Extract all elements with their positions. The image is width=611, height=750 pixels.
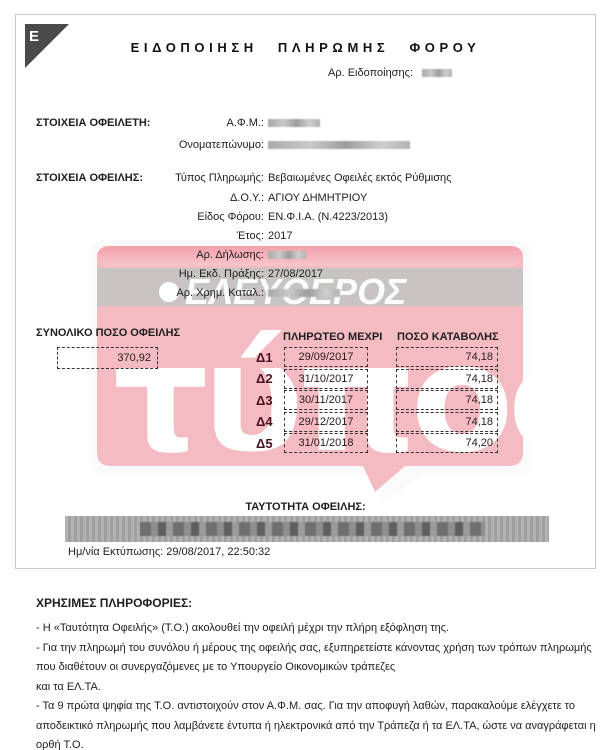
installment-amount: 74,20 — [396, 433, 498, 453]
field-label: Ημ. Εκδ. Πράξης: — [100, 268, 268, 280]
installment-code: Δ2 — [256, 371, 282, 386]
field-year: Έτος: 2017 — [100, 230, 520, 242]
notice-title: ΕΙΔΟΠΟΙΗΣΗ ΠΛΗΡΩΜΗΣ ΦΟΡΟΥ — [0, 40, 611, 55]
field-afm: Α.Φ.Μ.: — [100, 117, 520, 129]
installment-row: Δ429/12/201774,18 — [256, 412, 282, 432]
field-label: Δ.Ο.Υ.: — [100, 192, 268, 204]
installment-code: Δ1 — [256, 350, 282, 365]
installment-amount: 74,18 — [396, 347, 498, 367]
info-line: - Για την πληρωμή του συνόλου ή μέρους τ… — [36, 639, 596, 659]
installment-due-date: 29/09/2017 — [284, 347, 368, 367]
info-line: - Η «Ταυτότητα Οφειλής» (Τ.Ο.) ακολουθεί… — [36, 619, 596, 639]
installment-amount: 74,18 — [396, 369, 498, 389]
due-date-header: ΠΛΗΡΩΤΕΟ ΜΕΧΡΙ — [283, 331, 382, 343]
ledger-redacted — [268, 289, 340, 297]
info-line: και τα ΕΛ.ΤΑ. — [36, 678, 596, 698]
afm-redacted — [268, 119, 320, 127]
info-line: - Τα 9 πρώτα ψηφία της Τ.Ο. αντιστοιχούν… — [36, 697, 596, 717]
useful-info-title: ΧΡΗΣΙΜΕΣ ΠΛΗΡΟΦΟΡΙΕΣ: — [36, 596, 192, 610]
info-line: αποδεικτικό πληρωμής που λαμβάνετε έντυπ… — [36, 717, 596, 737]
installment-code: Δ5 — [256, 436, 282, 451]
field-label: Έτος: — [100, 230, 268, 242]
field-tax-office: Δ.Ο.Υ.: ΑΓΙΟΥ ΔΗΜΗΤΡΙΟΥ — [100, 192, 520, 204]
field-label: Αρ. Δήλωσης: — [100, 249, 268, 261]
field-declaration-no: Αρ. Δήλωσης: — [100, 249, 520, 261]
field-issue-date: Ημ. Εκδ. Πράξης: 27/08/2017 — [100, 268, 520, 280]
useful-info-text: - Η «Ταυτότητα Οφειλής» (Τ.Ο.) ακολουθεί… — [36, 619, 596, 750]
debt-identity-redacted — [65, 516, 549, 542]
field-fullname: Ονοματεπώνυμο: — [100, 139, 520, 151]
info-line: ορθή Τ.Ο. — [36, 736, 596, 750]
notice-number: Αρ. Ειδοποίησης: — [328, 67, 452, 79]
field-label: Ονοματεπώνυμο: — [100, 139, 268, 151]
field-label: Α.Φ.Μ.: — [100, 117, 268, 129]
field-ledger-no: Αρ. Χρημ. Καταλ.: — [100, 287, 520, 299]
installment-amount: 74,18 — [396, 390, 498, 410]
field-payment-type: Τύπος Πληρωμής: Βεβαιωμένες Οφειλές εκτό… — [100, 172, 520, 184]
notice-number-label: Αρ. Ειδοποίησης: — [328, 67, 413, 79]
debt-identity-label: ΤΑΥΤΟΤΗΤΑ ΟΦΕΙΛΗΣ: — [0, 501, 611, 513]
field-label: Αρ. Χρημ. Καταλ.: — [100, 287, 268, 299]
amount-header: ΠΟΣΟ ΚΑΤΑΒΟΛΗΣ — [397, 331, 499, 343]
field-tax-type: Είδος Φόρου: ΕΝ.Φ.Ι.Α. (Ν.4223/2013) — [100, 211, 520, 223]
field-label: Τύπος Πληρωμής: — [100, 172, 268, 184]
page: Ε ΕΛΕΥΘΕΡΟΣ τύπος ΕΙΔΟΠΟΙΗΣΗ ΠΛΗΡΩΜ — [0, 0, 611, 750]
field-label: Είδος Φόρου: — [100, 211, 268, 223]
installment-row: Δ231/10/201774,18 — [256, 369, 282, 389]
installment-due-date: 31/10/2017 — [284, 369, 368, 389]
installment-due-date: 29/12/2017 — [284, 412, 368, 432]
total-amount-value: 370,92 — [57, 347, 158, 369]
notice-number-redacted — [422, 69, 452, 77]
field-value: Βεβαιωμένες Οφειλές εκτός Ρύθμισης — [268, 172, 520, 184]
declaration-redacted — [268, 251, 306, 259]
installment-row: Δ531/01/201874,20 — [256, 433, 282, 453]
field-value: ΑΓΙΟΥ ΔΗΜΗΤΡΙΟΥ — [268, 192, 520, 204]
fullname-redacted — [268, 141, 410, 149]
installment-amount: 74,18 — [396, 412, 498, 432]
installment-code: Δ3 — [256, 393, 282, 408]
total-amount-label: ΣΥΝΟΛΙΚΟ ΠΟΣΟ ΟΦΕΙΛΗΣ — [36, 327, 180, 339]
installment-due-date: 31/01/2018 — [284, 433, 368, 453]
info-line: που διαθέτουν οι συνεργαζόμενες με το Υπ… — [36, 658, 596, 678]
field-value: 27/08/2017 — [268, 268, 520, 280]
installment-code: Δ4 — [256, 414, 282, 429]
notice-content: ΕΙΔΟΠΟΙΗΣΗ ΠΛΗΡΩΜΗΣ ΦΟΡΟΥ Αρ. Ειδοποίηση… — [0, 0, 611, 750]
installment-due-date: 30/11/2017 — [284, 390, 368, 410]
installment-row: Δ330/11/201774,18 — [256, 390, 282, 410]
field-value: 2017 — [268, 230, 520, 242]
installment-row: Δ129/09/201774,18 — [256, 347, 282, 367]
field-value: ΕΝ.Φ.Ι.Α. (Ν.4223/2013) — [268, 211, 520, 223]
print-date: Ημ/νία Εκτύπωσης: 29/08/2017, 22:50:32 — [68, 546, 270, 558]
